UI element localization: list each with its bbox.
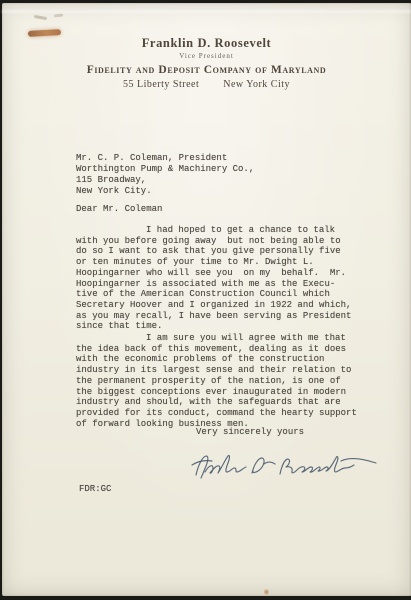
typed-line: Mr. C. P. Coleman, President — [76, 153, 254, 164]
letterhead-address: 55 Liberty StreetNew York City — [2, 79, 411, 90]
typed-line: as you may recall, I have been serving a… — [76, 311, 351, 322]
typed-line: industry in its largest sense and their … — [76, 365, 357, 376]
typed-line: the biggest conceptions ever inaugurated… — [76, 387, 357, 398]
letterhead: Franklin D. Roosevelt Vice President Fid… — [2, 36, 411, 90]
typed-line: with the economic problems of the constr… — [76, 354, 357, 365]
typed-line: Secretary Hoover and I organized in 1922… — [76, 300, 351, 311]
staple-impression-mark — [34, 15, 47, 20]
typed-line: I am sure you will agree with me that — [76, 333, 357, 344]
scan-background: { "colors": { "paper": "#f1eee2", "scan-… — [0, 0, 411, 600]
typed-line: I had hoped to get a chance to talk — [76, 225, 351, 236]
paper: Franklin D. Roosevelt Vice President Fid… — [2, 3, 411, 596]
typed-line: tive of the American Construction Counci… — [76, 289, 351, 300]
body-paragraph-1: I had hoped to get a chance to talkwith … — [76, 225, 351, 332]
typed-line: or ten minutes of your time to Mr. Dwigh… — [76, 257, 351, 268]
typed-line: Hoopingarner who will see you on my beha… — [76, 268, 351, 279]
typed-line: provided for its conduct, command the he… — [76, 408, 357, 419]
letterhead-title: Vice President — [2, 52, 411, 60]
typed-line: since that time. — [76, 321, 351, 332]
salutation: Dear Mr. Coleman — [76, 204, 162, 214]
letterhead-city: New York City — [223, 79, 290, 90]
recipient-address: Mr. C. P. Coleman, PresidentWorthington … — [76, 153, 254, 197]
rust-spot — [264, 589, 269, 595]
signature-franklin-d-roosevelt — [188, 450, 380, 484]
typed-line: Hoopingarner is associated with me as th… — [76, 279, 351, 290]
letterhead-street: 55 Liberty Street — [123, 79, 199, 90]
letterhead-name: Franklin D. Roosevelt — [2, 36, 411, 51]
staple-impression-mark — [54, 14, 63, 18]
body-paragraph-2: I am sure you will agree with me thatthe… — [76, 333, 357, 429]
typed-line: do so I want to ask that you give person… — [76, 246, 351, 257]
closing-valediction: Very sincerely yours — [196, 427, 304, 437]
typed-line: 115 Broadway, — [76, 175, 254, 186]
typed-line: with you before going away but not being… — [76, 236, 351, 247]
paper-crease — [2, 10, 411, 13]
typed-line: the permanent prosperity of the nation, … — [76, 376, 357, 387]
typed-line: New York City. — [76, 186, 254, 197]
typed-line: Worthington Pump & Machinery Co., — [76, 164, 254, 175]
typed-line: the idea back of this movement, dealing … — [76, 344, 357, 355]
letterhead-company: Fidelity and Deposit Company of Maryland — [2, 64, 411, 76]
typed-line: industry and should, with the safeguards… — [76, 397, 357, 408]
typist-initials: FDR:GC — [79, 484, 111, 494]
